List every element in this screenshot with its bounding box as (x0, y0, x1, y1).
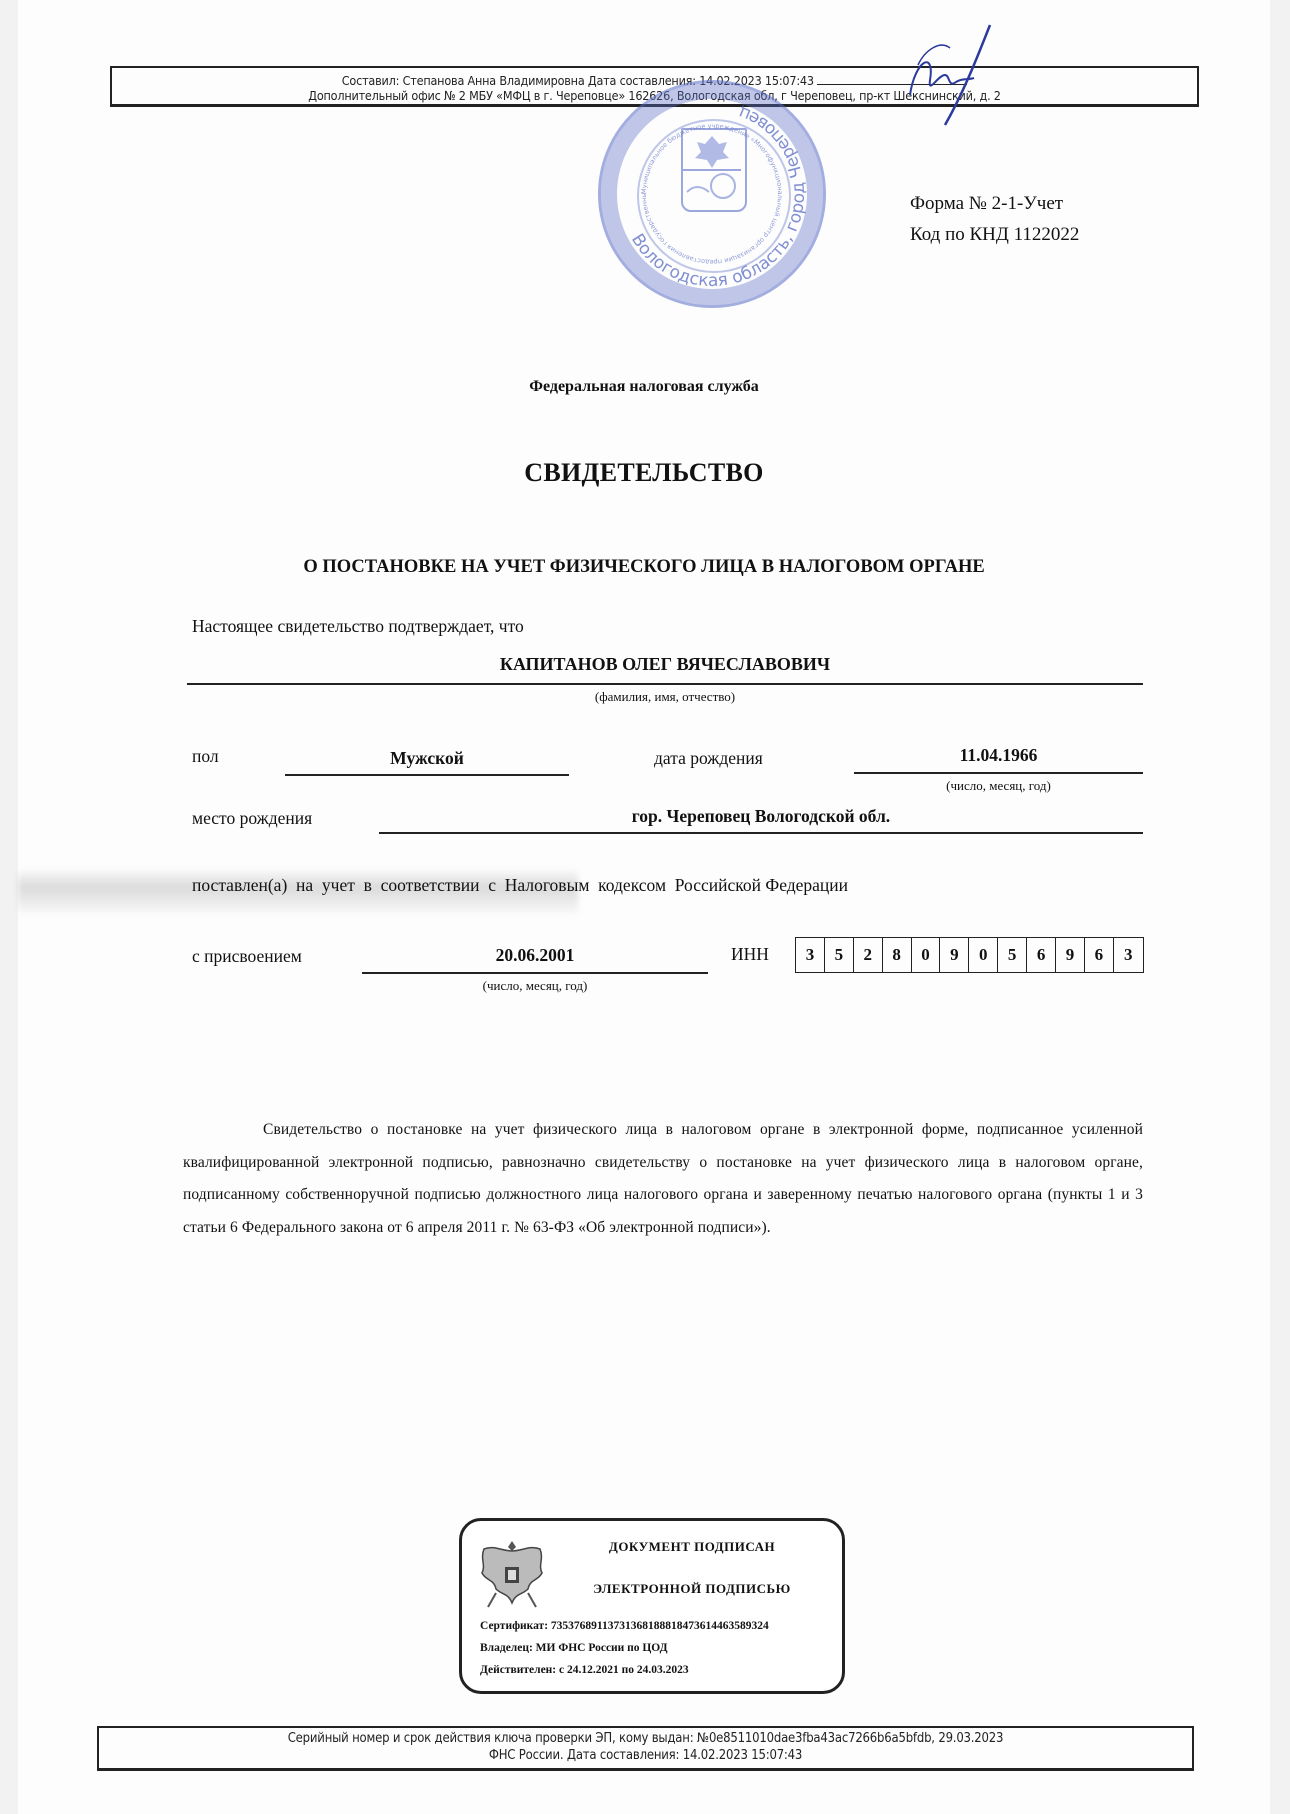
key-info-box: Серийный номер и срок действия ключа про… (97, 1726, 1194, 1771)
birth-date-hint: (число, месяц, год) (854, 778, 1143, 794)
form-identifier: Форма № 2-1-Учет Код по КНД 1122022 (910, 188, 1079, 250)
handwritten-signature-icon (890, 20, 1020, 130)
inn-digit: 0 (969, 938, 998, 972)
knd-code: Код по КНД 1122022 (910, 219, 1079, 250)
inn-digit: 6 (1085, 938, 1114, 972)
birth-place-value: гор. Череповец Вологодской обл. (379, 806, 1143, 827)
document-subtitle: О ПОСТАНОВКЕ НА УЧЕТ ФИЗИЧЕСКОГО ЛИЦА В … (18, 557, 1270, 578)
key-serial-line: Серийный номер и срок действия ключа про… (99, 1731, 1192, 1746)
russian-coat-of-arms-icon (472, 1533, 552, 1613)
assigned-date-value: 20.06.2001 (362, 945, 708, 966)
full-name-underline (187, 683, 1143, 685)
certificate-validity: Действителен: с 24.12.2021 по 24.03.2023 (480, 1664, 689, 1676)
inn-digit: 8 (883, 938, 912, 972)
full-name-hint: (фамилия, имя, отчество) (187, 689, 1143, 705)
registration-statement: поставлен(а) на учет в соответствии с На… (192, 875, 848, 896)
stamp-ring-text: Вологодская область, город Череповец Мун… (601, 83, 823, 305)
assigned-date-underline (362, 972, 708, 974)
birth-date-underline (854, 772, 1143, 774)
inn-digit: 5 (998, 938, 1027, 972)
mfc-round-stamp: Вологодская область, город Череповец Мун… (598, 80, 826, 308)
birth-place-underline (379, 832, 1143, 834)
signed-subheading: ЭЛЕКТРОННОЙ ПОДПИСЬЮ (562, 1581, 822, 1597)
full-name-value: КАПИТАНОВ ОЛЕГ ВЯЧЕСЛАВОВИЧ (187, 654, 1143, 675)
inn-digit: 9 (940, 938, 969, 972)
certificate-number: Сертификат: 7353768911373136818881847361… (480, 1620, 769, 1632)
intro-text: Настоящее свидетельство подтверждает, чт… (192, 616, 524, 637)
inn-digit: 6 (1027, 938, 1056, 972)
sex-label: пол (192, 746, 219, 767)
inn-digit: 5 (825, 938, 854, 972)
sex-value: Мужской (285, 748, 569, 769)
electronic-signature-stamp: ДОКУМЕНТ ПОДПИСАН ЭЛЕКТРОННОЙ ПОДПИСЬЮ С… (459, 1518, 845, 1694)
inn-digit: 3 (1114, 938, 1143, 972)
key-issue-date-line: ФНС России. Дата составления: 14.02.2023… (99, 1748, 1192, 1763)
birth-date-label: дата рождения (654, 748, 763, 769)
inn-digit-grid: 3 5 2 8 0 9 0 5 6 9 6 3 (795, 937, 1144, 973)
inn-digit: 9 (1056, 938, 1085, 972)
birth-place-label: место рождения (192, 808, 312, 829)
sex-underline (285, 774, 569, 776)
assigned-label: с присвоением (192, 946, 302, 967)
inn-digit: 3 (796, 938, 825, 972)
assigned-date-hint: (число, месяц, год) (362, 978, 708, 994)
form-number: Форма № 2-1-Учет (910, 188, 1079, 219)
inn-digit: 0 (912, 938, 941, 972)
birth-date-value: 11.04.1966 (854, 745, 1143, 766)
signed-heading: ДОКУМЕНТ ПОДПИСАН (562, 1539, 822, 1555)
inn-digit: 2 (854, 938, 883, 972)
agency-name: Федеральная налоговая служба (18, 378, 1270, 396)
document-title: СВИДЕТЕЛЬСТВО (18, 458, 1270, 488)
certificate-owner: Владелец: МИ ФНС России по ЦОД (480, 1642, 668, 1654)
legal-notice-paragraph: Свидетельство о постановке на учет физич… (183, 1114, 1143, 1244)
inn-label: ИНН (731, 944, 769, 965)
